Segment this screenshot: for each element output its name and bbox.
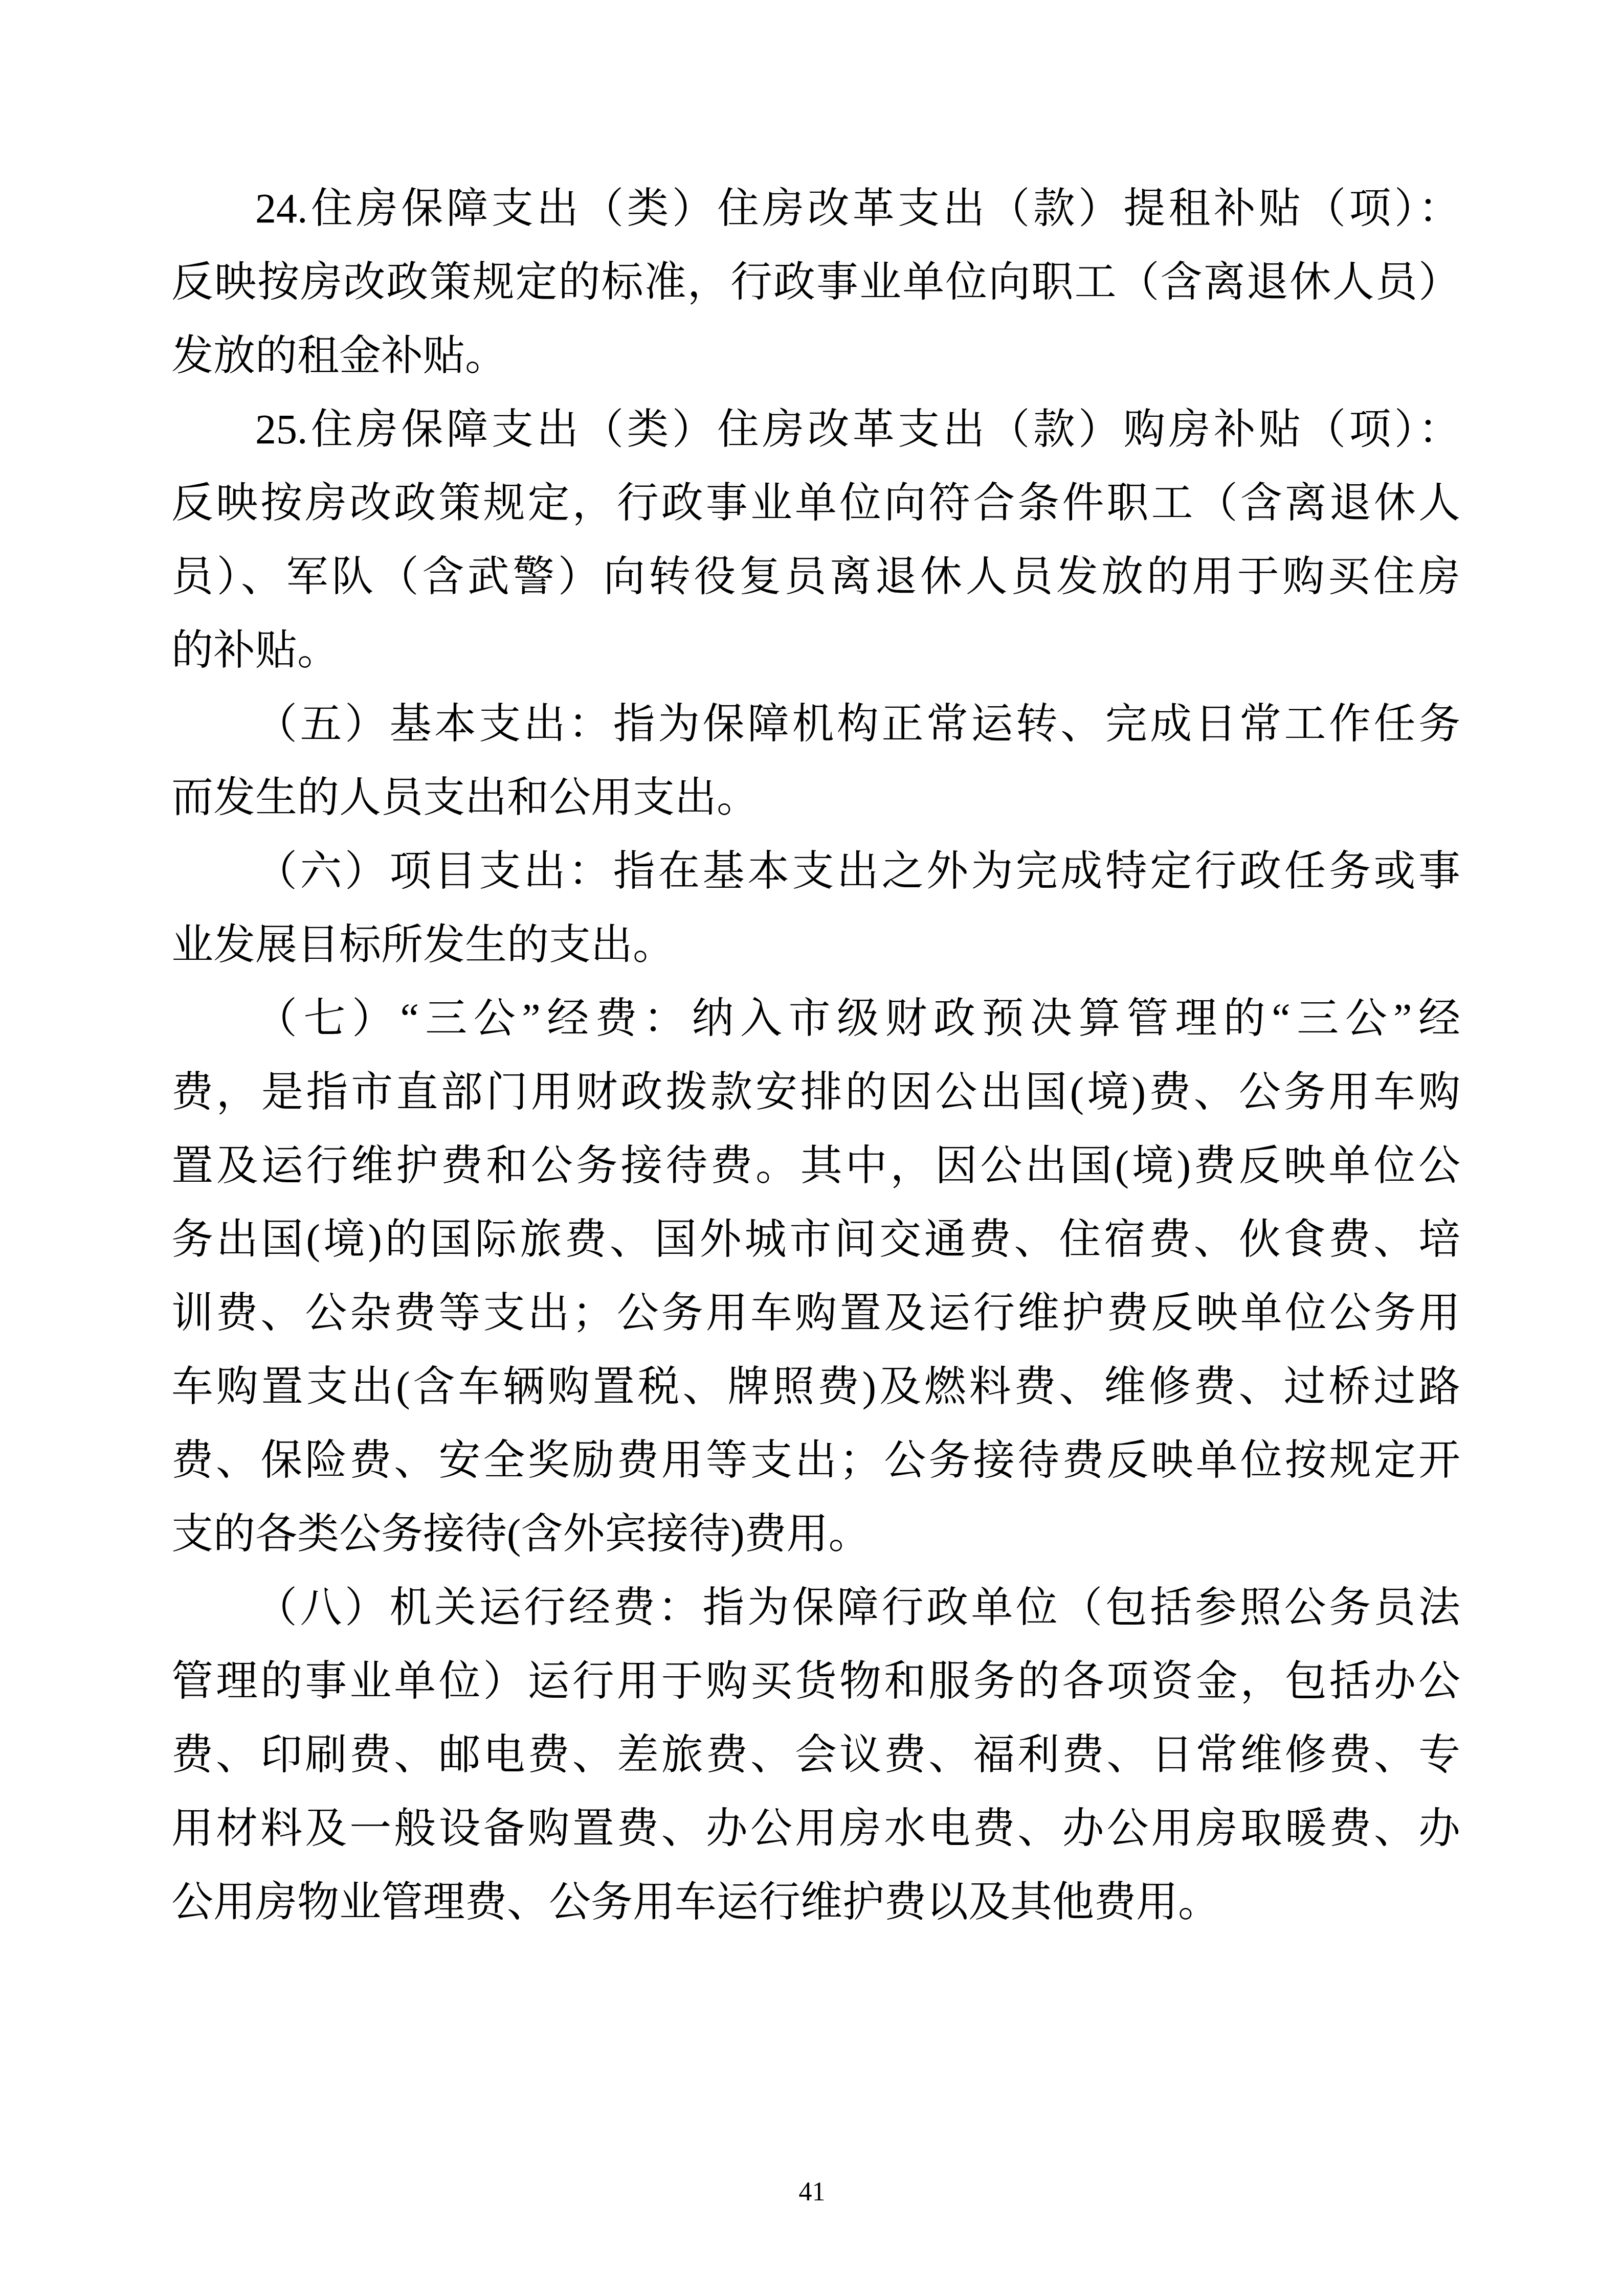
text-line: 训费、公杂费等支出；公务用车购置及运行维护费反映单位公务用 [171, 1276, 1460, 1350]
text-line: 的补贴。 [171, 614, 1460, 687]
text-line: 费、保险费、安全奖励费用等支出；公务接待费反映单位按规定开 [171, 1424, 1460, 1497]
document-body: 24.住房保障支出（类）住房改革支出（款）提租补贴（项）： 反映按房改政策规定的… [171, 172, 1460, 1939]
text-line: 管理的事业单位）运行用于购买货物和服务的各项资金，包括办公 [171, 1645, 1460, 1718]
paragraph-section-5: （五）基本支出：指为保障机构正常运转、完成日常工作任务 而发生的人员支出和公用支… [171, 687, 1460, 835]
text-line: （八）机关运行经费：指为保障行政单位（包括参照公务员法 [171, 1571, 1460, 1645]
text-line: 用材料及一般设备购置费、办公用房水电费、办公用房取暖费、办 [171, 1792, 1460, 1865]
text-line: 25.住房保障支出（类）住房改革支出（款）购房补贴（项）： [171, 393, 1460, 466]
text-line: 24.住房保障支出（类）住房改革支出（款）提租补贴（项）： [171, 172, 1460, 245]
paragraph-item-24: 24.住房保障支出（类）住房改革支出（款）提租补贴（项）： 反映按房改政策规定的… [171, 172, 1460, 393]
text-line: 发放的租金补贴。 [171, 319, 1460, 393]
paragraph-item-25: 25.住房保障支出（类）住房改革支出（款）购房补贴（项）： 反映按房改政策规定，… [171, 393, 1460, 687]
document-page: 24.住房保障支出（类）住房改革支出（款）提租补贴（项）： 反映按房改政策规定的… [0, 0, 1624, 2296]
text-line: 员）、军队（含武警）向转役复员离退休人员发放的用于购买住房 [171, 540, 1460, 614]
text-line: 费，是指市直部门用财政拨款安排的因公出国(境)费、公务用车购 [171, 1055, 1460, 1129]
text-line: （五）基本支出：指为保障机构正常运转、完成日常工作任务 [171, 687, 1460, 761]
text-line: 置及运行维护费和公务接待费。其中，因公出国(境)费反映单位公 [171, 1129, 1460, 1203]
text-line: 业发展目标所发生的支出。 [171, 908, 1460, 982]
text-line: 车购置支出(含车辆购置税、牌照费)及燃料费、维修费、过桥过路 [171, 1350, 1460, 1424]
text-line: （六）项目支出：指在基本支出之外为完成特定行政任务或事 [171, 835, 1460, 908]
text-line: 务出国(境)的国际旅费、国外城市间交通费、住宿费、伙食费、培 [171, 1203, 1460, 1276]
text-line: 反映按房改政策规定，行政事业单位向符合条件职工（含离退休人 [171, 466, 1460, 540]
paragraph-section-7: （七）“三公”经费：纳入市级财政预决算管理的“三公”经 费，是指市直部门用财政拨… [171, 982, 1460, 1571]
text-line: 费、印刷费、邮电费、差旅费、会议费、福利费、日常维修费、专 [171, 1718, 1460, 1792]
text-line: 公用房物业管理费、公务用车运行维护费以及其他费用。 [171, 1865, 1460, 1939]
text-line: 而发生的人员支出和公用支出。 [171, 761, 1460, 835]
page-number: 41 [0, 2176, 1624, 2208]
text-line: 支的各类公务接待(含外宾接待)费用。 [171, 1497, 1460, 1571]
text-line: （七）“三公”经费：纳入市级财政预决算管理的“三公”经 [171, 982, 1460, 1055]
paragraph-section-8: （八）机关运行经费：指为保障行政单位（包括参照公务员法 管理的事业单位）运行用于… [171, 1571, 1460, 1939]
text-line: 反映按房改政策规定的标准，行政事业单位向职工（含离退休人员） [171, 245, 1460, 319]
paragraph-section-6: （六）项目支出：指在基本支出之外为完成特定行政任务或事 业发展目标所发生的支出。 [171, 835, 1460, 982]
